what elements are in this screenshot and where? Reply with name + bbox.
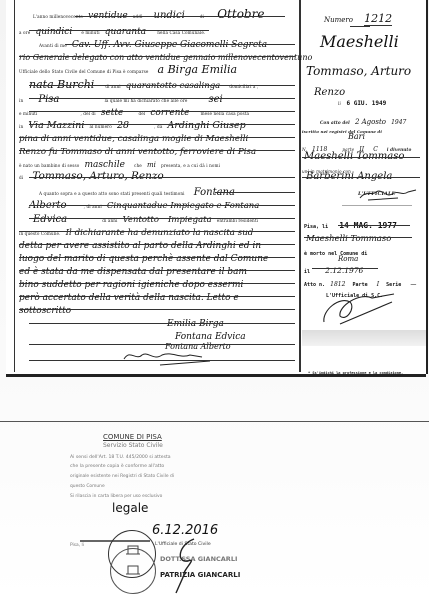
act-number: Numero 1212 (324, 7, 392, 26)
rule (29, 30, 209, 31)
rule (350, 26, 370, 27)
rule (19, 296, 295, 297)
rule (29, 98, 295, 99)
handwritten-month: Ottobre (217, 7, 264, 21)
rule (29, 323, 295, 324)
handwritten-year: 1947 (391, 119, 406, 126)
numero-label: Numero (324, 16, 353, 24)
register-page: L'anno millenovecento ventidue addì undi… (6, 0, 426, 377)
rule (29, 344, 295, 345)
rule (29, 124, 295, 125)
child-surname: Maeshelli (320, 32, 399, 51)
printed-text: di (19, 175, 23, 180)
printed-text: presenta, e a cui dà i nomi (161, 163, 220, 168)
footnote: * Ss'indichi la professione e la condizi… (308, 359, 403, 378)
rule (29, 205, 295, 206)
stamp-text-line: originale esistente nei Registri di Stat… (70, 474, 174, 479)
rule (304, 237, 412, 238)
handwritten-narrative: sottoscritto (19, 306, 71, 316)
scan-shadow (302, 330, 426, 346)
marriage-annotation-date: li 6 GIU. 1949 (338, 100, 386, 107)
rule (29, 177, 295, 178)
child-given-names-2: Renzo (314, 80, 345, 99)
given-names-handwritten: Tommaso, Arturo (306, 64, 411, 78)
rule (19, 56, 295, 57)
stamp-text-line: questo Comune (70, 484, 105, 489)
rule (302, 177, 420, 178)
handwritten-purpose: legale (112, 501, 148, 515)
scan-fold-line (0, 421, 429, 422)
rule (19, 257, 295, 258)
birth-act-column: L'anno millenovecento ventidue addì undi… (14, 0, 301, 372)
rule (19, 244, 295, 245)
death-officer-signature-icon (320, 288, 400, 328)
rule (19, 231, 295, 232)
rule (29, 218, 295, 219)
stamp-header: COMUNE DI PISA (103, 433, 162, 441)
marriage-officer-signature-icon (358, 186, 418, 202)
rule (29, 85, 295, 86)
child-given-names: Tommaso, Arturo (306, 60, 411, 79)
surname-handwritten: Maeshelli (320, 32, 399, 51)
rule (19, 309, 295, 310)
margin-annotations-column: Numero 1212 Maeshelli Tommaso, Arturo Re… (302, 0, 426, 372)
certifying-signature-icon (172, 535, 202, 595)
rule (75, 16, 285, 17)
rule (29, 360, 295, 361)
stamp-text-line: Ai sensi dell'Art. 18 T.U. 445/2000 si a… (70, 455, 171, 460)
stamp-text-line: Si rilascia in carta libera per uso escl… (70, 494, 162, 499)
stamp-text-line: che la presente copia è conforme all'att… (70, 464, 164, 469)
date-stamp: 6 GIU. 1949 (346, 100, 386, 107)
given-names-2-handwritten: Renzo (314, 87, 345, 98)
line-narrative-7: sottoscritto (19, 298, 71, 317)
handwritten-serie: — (410, 281, 416, 288)
footnote-text: * Ss'indichi la professione e la condizi… (308, 371, 403, 375)
rule (19, 150, 295, 151)
rule (19, 270, 295, 271)
rule (19, 283, 295, 284)
li-label: li (338, 101, 341, 106)
marriage-annotation-line-3: iscritto nei registri del Comune di (302, 118, 382, 137)
printed-text: iscritto nei registri del Comune di (302, 129, 382, 134)
rule (29, 111, 295, 112)
rule (312, 268, 378, 269)
page-right-border (426, 0, 428, 374)
numero-value: 1212 (364, 12, 392, 26)
seal-emblem-icon (108, 528, 158, 596)
officer-signature-icon (120, 347, 220, 369)
rule (19, 137, 295, 138)
stamp-subheader: Servizio Stato Civile (103, 442, 163, 449)
stamp-place-label: Pisa, li (70, 543, 84, 548)
rule (342, 205, 412, 206)
